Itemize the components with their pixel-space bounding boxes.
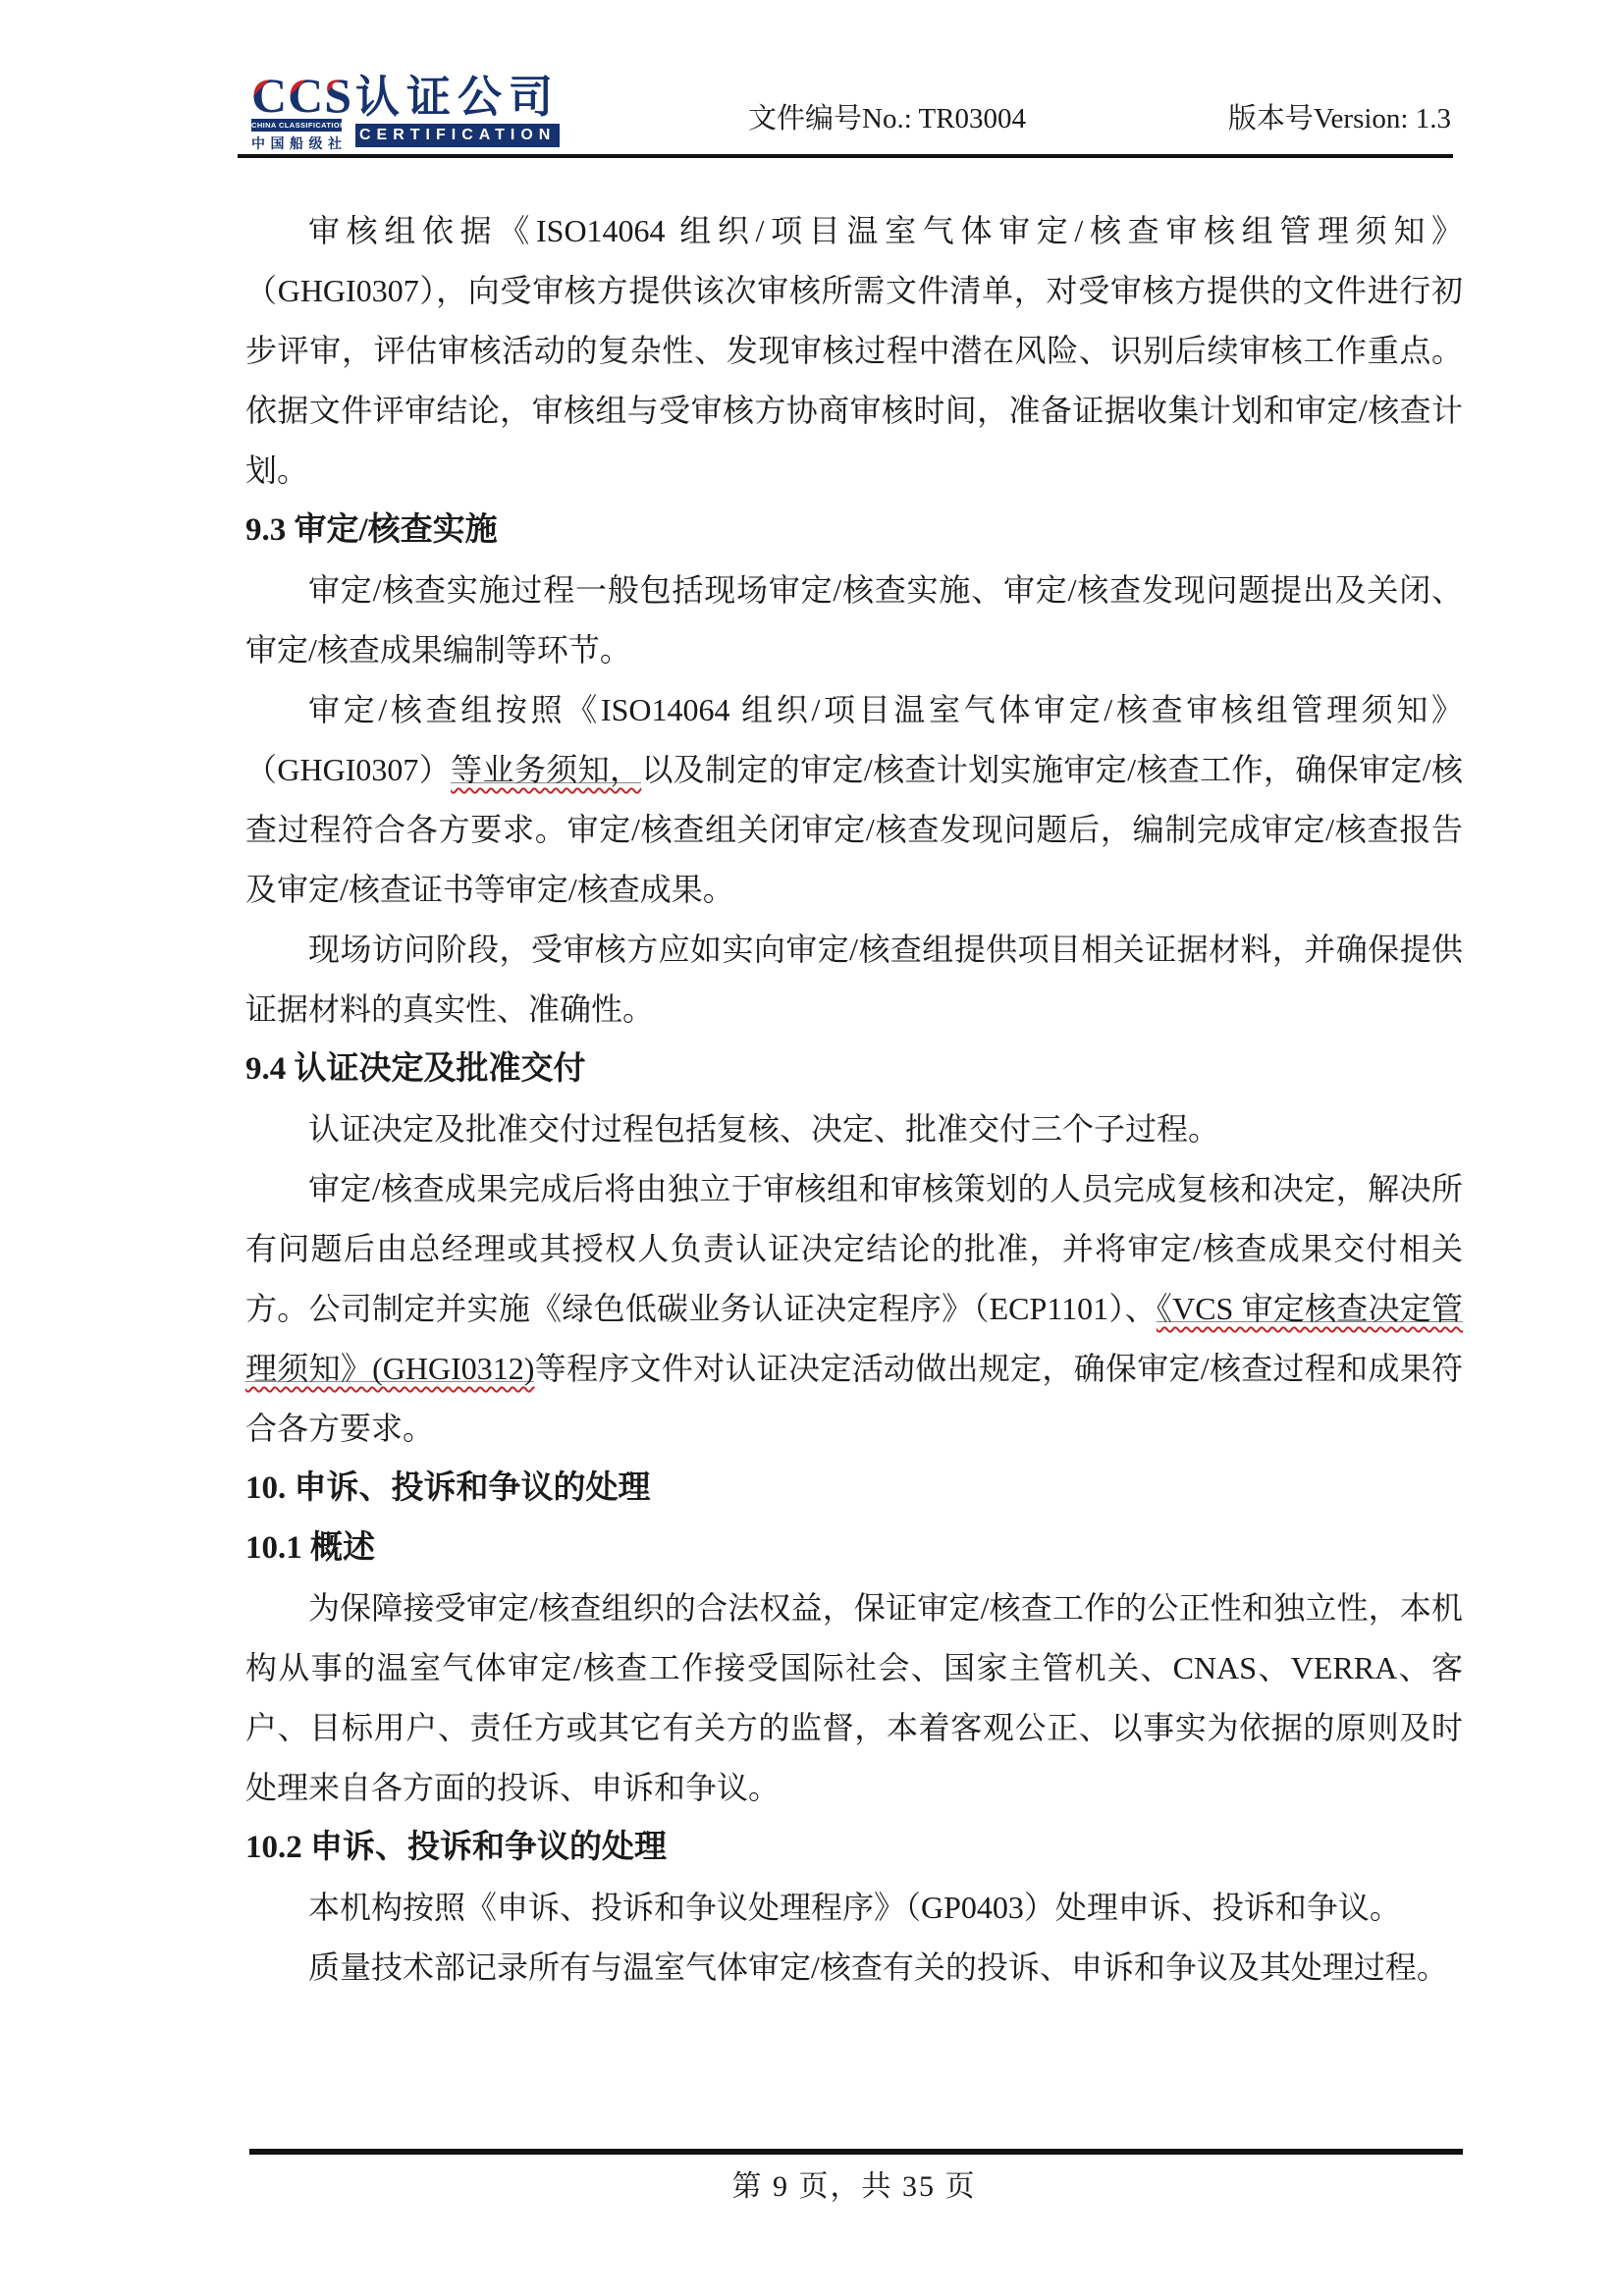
paragraph-text: 为保障接受审定/核查组织的合法权益，保证审定/核查工作的公正性和独立性，本机构从…: [245, 1590, 1463, 1805]
section-heading-10-1: 10.1 概述: [245, 1519, 1463, 1578]
ccs-wordmark: CCS: [251, 75, 342, 116]
ccs-letter: C: [251, 75, 288, 116]
paragraph-appeal-procedure: 本机构按照《申诉、投诉和争议处理程序》（GP0403）处理申诉、投诉和争议。: [245, 1878, 1463, 1938]
ccs-letter: S: [324, 75, 352, 116]
paragraph-decision-subprocesses: 认证决定及批准交付过程包括复核、决定、批准交付三个子过程。: [245, 1099, 1463, 1159]
ccs-logo-left: CCS CHINA CLASSIFICATION SOCIETY 中 国 船 级…: [251, 75, 342, 153]
document-page: CCS CHINA CLASSIFICATION SOCIETY 中 国 船 级…: [0, 0, 1616, 2296]
section-heading-9-4: 9.4 认证决定及批准交付: [245, 1040, 1463, 1099]
certification-bar: CERTIFICATION: [355, 124, 560, 147]
paragraph-text: 本机构按照《申诉、投诉和争议处理程序》（GP0403）处理申诉、投诉和争议。: [308, 1890, 1401, 1925]
header-rule: [238, 154, 1453, 158]
version-number: 版本号Version: 1.3: [1228, 100, 1451, 137]
section-heading-10: 10. 申诉、投诉和争议的处理: [245, 1459, 1463, 1519]
paragraph-implementation-detail: 审定/核查组按照《ISO14064 组织/项目温室气体审定/核查审核组管理须知》…: [245, 680, 1463, 920]
society-cn-char: 船: [290, 133, 303, 153]
document-body: 审核组依据《ISO14064 组织/项目温室气体审定/核查审核组管理须知》（GH…: [245, 201, 1463, 1998]
paragraph-text: 审定/核查实施过程一般包括现场审定/核查实施、审定/核查发现问题提出及关闭、审定…: [245, 572, 1463, 667]
spellcheck-underlined-text: 等业务须知，: [451, 752, 641, 787]
footer-rule: [249, 2149, 1463, 2155]
paragraph-text: 审核组依据《ISO14064 组织/项目温室气体审定/核查审核组管理须知》（GH…: [245, 213, 1463, 488]
section-heading-10-2: 10.2 申诉、投诉和争议的处理: [245, 1818, 1463, 1878]
society-cn-char: 国: [271, 133, 285, 153]
paragraph-text: 认证决定及批准交付过程包括复核、决定、批准交付三个子过程。: [308, 1111, 1219, 1147]
company-name-cn: 认证公司: [355, 75, 560, 119]
doc-number: 文件编号No.: TR03004: [748, 100, 1026, 137]
ccs-letter: C: [288, 75, 324, 116]
paragraph-decision-detail: 审定/核查成果完成后将由独立于审核组和审核策划的人员完成复核和决定，解决所有问题…: [245, 1159, 1463, 1459]
paragraph-text: 质量技术部记录所有与温室气体审定/核查有关的投诉、申诉和争议及其处理过程。: [308, 1949, 1448, 1985]
society-cn-char: 中: [251, 133, 265, 153]
section-heading-9-3: 9.3 审定/核查实施: [245, 501, 1463, 561]
ccs-logo: CCS CHINA CLASSIFICATION SOCIETY 中 国 船 级…: [251, 75, 560, 153]
paragraph-text: 现场访问阶段，受审核方应如实向审定/核查组提供项目相关证据材料，并确保提供证据材…: [245, 932, 1463, 1027]
society-name-en: CHINA CLASSIFICATION SOCIETY: [251, 119, 342, 132]
ccs-logo-right: 认证公司 CERTIFICATION: [355, 75, 560, 147]
paragraph-overview: 为保障接受审定/核查组织的合法权益，保证审定/核查工作的公正性和独立性，本机构从…: [245, 1578, 1463, 1818]
document-meta: 文件编号No.: TR03004 版本号Version: 1.3: [748, 100, 1451, 137]
paragraph-implementation-overview: 审定/核查实施过程一般包括现场审定/核查实施、审定/核查发现问题提出及关闭、审定…: [245, 561, 1463, 680]
paragraph-audit-preparation: 审核组依据《ISO14064 组织/项目温室气体审定/核查审核组管理须知》（GH…: [245, 201, 1463, 501]
paragraph-records: 质量技术部记录所有与温室气体审定/核查有关的投诉、申诉和争议及其处理过程。: [245, 1938, 1463, 1998]
society-cn-char: 级: [309, 133, 323, 153]
page-number: 第 9 页，共 35 页: [245, 2162, 1463, 2205]
society-cn-char: 社: [328, 133, 342, 153]
society-name-cn: 中 国 船 级 社: [251, 133, 342, 153]
paragraph-site-visit: 现场访问阶段，受审核方应如实向审定/核查组提供项目相关证据材料，并确保提供证据材…: [245, 920, 1463, 1040]
